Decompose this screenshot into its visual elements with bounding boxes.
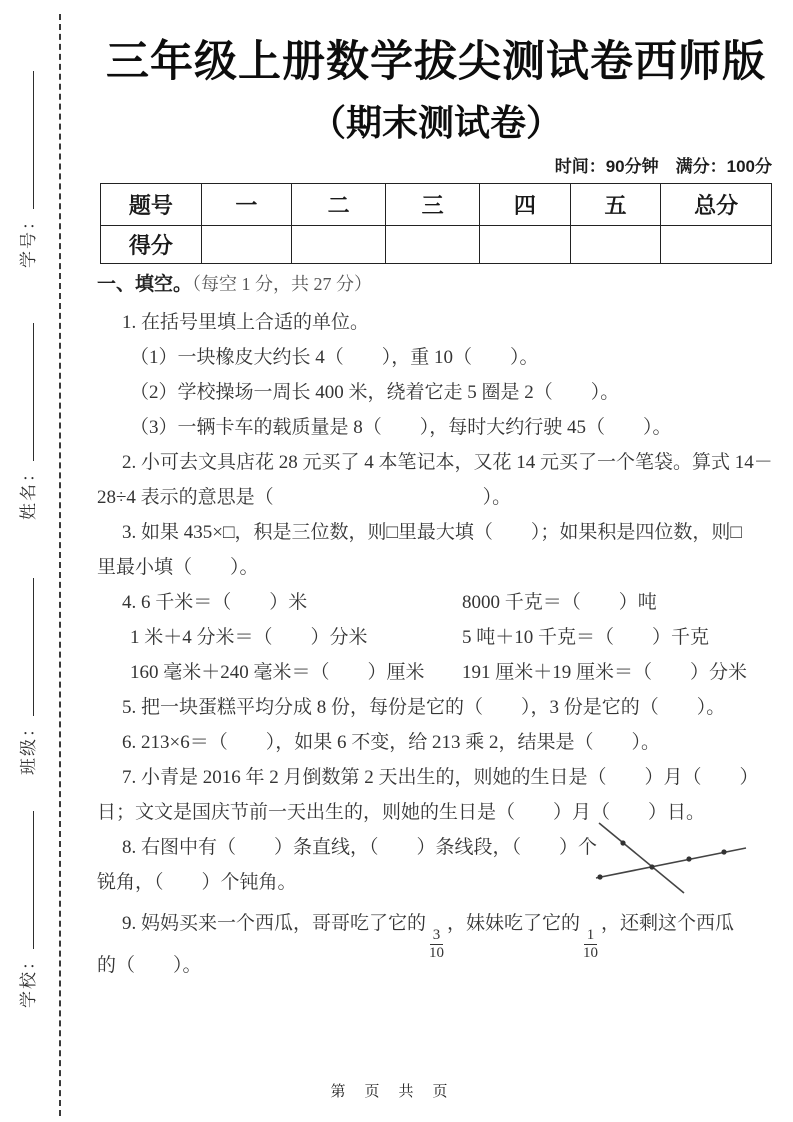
point-dot <box>686 856 691 861</box>
seal-fold-line <box>59 14 61 1116</box>
student-id-label: 学号： <box>19 211 38 268</box>
score-table-header-row: 题号 一 二 三 四 五 总分 <box>101 184 772 226</box>
score-cell <box>570 226 661 264</box>
header-total: 总分 <box>661 184 772 226</box>
header-part-3: 三 <box>386 184 480 226</box>
class-write-line <box>30 578 34 716</box>
question-3-line-2: 里最小填（ ）。 <box>97 550 778 585</box>
question-1-item-1: （1）一块橡皮大约长 4（ ），重 10（ ）。 <box>97 340 778 375</box>
exam-title: 三年级上册数学拔尖测试卷西师版 <box>97 28 775 89</box>
section-1-title: 一、填空。 <box>97 274 192 295</box>
exam-paper-page: 学号： 姓名： 班级： 学校： 三年级上册数学拔尖测试卷西师版 （期末测试卷） … <box>0 0 793 1122</box>
score-cell <box>480 226 571 264</box>
question-4-row-1: 4. 6 千米＝（ ）米 8000 千克＝（ ）吨 <box>97 585 778 620</box>
header-question-number: 题号 <box>101 184 202 226</box>
score-cell <box>386 226 480 264</box>
question-9-part-1: 9. 妈妈买来一个西瓜，哥哥吃了它的 <box>122 913 426 934</box>
section-1-heading: 一、填空。（每空 1 分，共 27 分） <box>97 263 778 305</box>
header-part-2: 二 <box>292 184 386 226</box>
exam-time-score-info: 时间：90分钟 满分：100分 <box>97 152 772 177</box>
question-body: 一、填空。（每空 1 分，共 27 分） 1. 在括号里填上合适的单位。 （1）… <box>97 263 778 983</box>
crossing-lines-figure <box>594 808 769 906</box>
fraction-one-tenth: 110 <box>583 927 598 963</box>
school-label: 学校： <box>19 951 38 1008</box>
school-write-line <box>30 811 34 949</box>
question-4-row-1-left: 4. 6 千米＝（ ）米 <box>122 585 462 620</box>
name-write-line <box>30 323 34 461</box>
point-dot <box>649 864 654 869</box>
score-cell <box>661 226 772 264</box>
question-4-row-3-left: 160 毫米＋240 毫米＝（ ）厘米 <box>130 655 462 690</box>
question-6: 6. 213×6＝（ ），如果 6 不变，给 213 乘 2，结果是（ ）。 <box>97 725 778 760</box>
question-4-row-3-right: 191 厘米＋19 厘米＝（ ）分米 <box>462 655 747 690</box>
question-1-item-3: （3）一辆卡车的载质量是 8（ ），每时大约行驶 45（ ）。 <box>97 410 778 445</box>
question-3-line-1: 3. 如果 435×□，积是三位数，则□里最大填（ ）；如果积是四位数，则□ <box>97 515 778 550</box>
sidebar-field-name: 姓名： <box>14 323 39 520</box>
point-dot <box>597 874 602 879</box>
point-dot <box>721 849 726 854</box>
student-id-write-line <box>30 71 34 209</box>
point-dot <box>620 840 625 845</box>
question-5: 5. 把一块蛋糕平均分成 8 份，每份是它的（ ），3 份是它的（ ）。 <box>97 690 778 725</box>
score-cell <box>201 226 292 264</box>
question-9-part-3: ，还剩这个西瓜 <box>601 913 734 934</box>
question-4-row-2-left: 1 米＋4 分米＝（ ）分米 <box>130 620 462 655</box>
question-4-row-2-right: 5 吨＋10 千克＝（ ）千克 <box>462 620 709 655</box>
page-footer: 第 页 共 页 <box>97 1080 683 1101</box>
question-9-line-1: 9. 妈妈买来一个西瓜，哥哥吃了它的310，妹妹吃了它的110，还剩这个西瓜 <box>97 900 778 948</box>
question-1-item-2: （2）学校操场一周长 400 米，绕着它走 5 圈是 2（ ）。 <box>97 375 778 410</box>
score-row-label: 得分 <box>101 226 202 264</box>
question-7-line-1: 7. 小青是 2016 年 2 月倒数第 2 天出生的，则她的生日是（ ）月（ … <box>97 760 778 795</box>
sidebar-field-student-id: 学号： <box>14 71 39 268</box>
name-label: 姓名： <box>19 463 38 520</box>
header-part-1: 一 <box>201 184 292 226</box>
question-2-line-2: 28÷4 表示的意思是（ ）。 <box>97 480 778 515</box>
question-9-part-2: ，妹妹吃了它的 <box>447 913 580 934</box>
header-part-5: 五 <box>570 184 661 226</box>
fraction-three-tenths: 310 <box>429 927 444 963</box>
sidebar-field-class: 班级： <box>14 578 39 775</box>
question-4-row-1-right: 8000 千克＝（ ）吨 <box>462 585 657 620</box>
section-1-points-note: （每空 1 分，共 27 分） <box>192 274 372 294</box>
exam-subtitle: （期末测试卷） <box>97 95 775 146</box>
question-4-row-3: 160 毫米＋240 毫米＝（ ）厘米 191 厘米＋19 厘米＝（ ）分米 <box>97 655 778 690</box>
class-label: 班级： <box>19 718 38 775</box>
score-cell <box>292 226 386 264</box>
score-table-score-row: 得分 <box>101 226 772 264</box>
header-part-4: 四 <box>480 184 571 226</box>
question-1-stem: 1. 在括号里填上合适的单位。 <box>97 305 778 340</box>
sidebar-field-school: 学校： <box>14 811 39 1008</box>
question-4-row-2: 1 米＋4 分米＝（ ）分米 5 吨＋10 千克＝（ ）千克 <box>97 620 778 655</box>
question-2-line-1: 2. 小可去文具店花 28 元买了 4 本笔记本，又花 14 元买了一个笔袋。算… <box>97 445 778 480</box>
score-table: 题号 一 二 三 四 五 总分 得分 <box>100 183 772 264</box>
